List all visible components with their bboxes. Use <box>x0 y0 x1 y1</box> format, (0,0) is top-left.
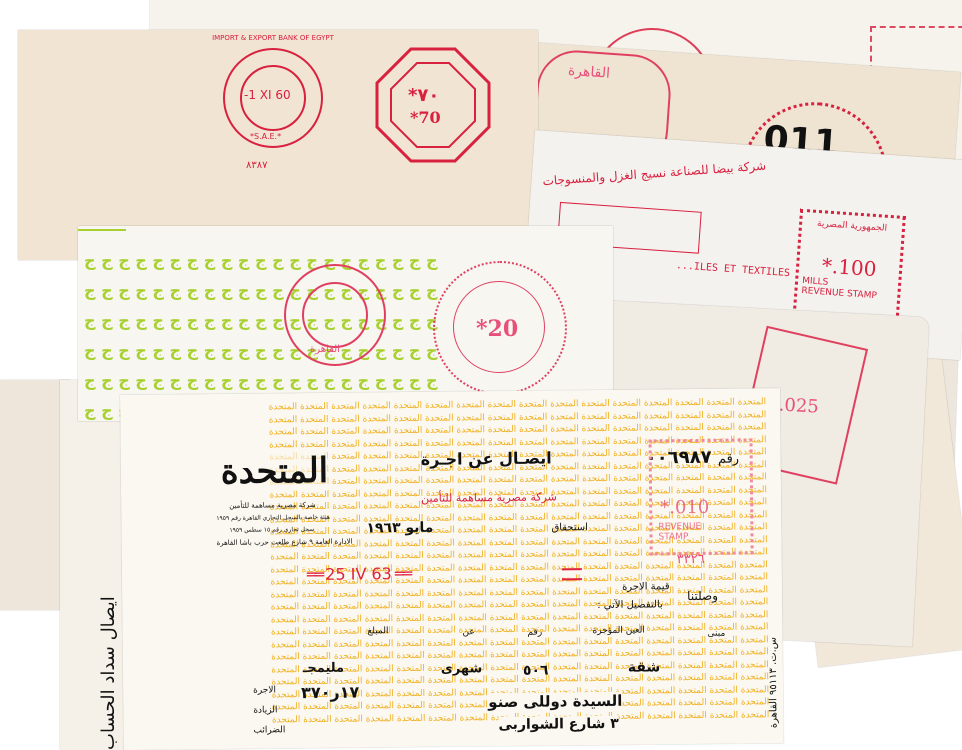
bank-stamp-date: -1 XI 60 <box>244 88 291 102</box>
date-stamp: ══ 25 IV 63 ══ <box>307 564 410 584</box>
due-value: مايو ١٩٦٣ <box>366 520 433 537</box>
textile-company-fr: ...ILES ET TEXTILES <box>675 260 790 279</box>
col-building: مبنى <box>707 629 725 639</box>
row-number: ٥٠٦ <box>523 663 549 679</box>
col-number: رقم <box>527 628 542 638</box>
tenant-name: السيدة دوللى صنو <box>488 692 622 711</box>
company-address: الادارة العامة ٩ شارع طلعت حرب باشا القا… <box>217 538 353 547</box>
green-stamp-city: القاهرة <box>310 344 340 355</box>
tenant-address: ٣ شارع الشواربى <box>498 716 618 733</box>
col-unit: العين المؤجرة <box>592 626 644 637</box>
revenue-serial: ٣٣٢٦ <box>677 552 705 567</box>
green-stamp-value: *20 <box>476 316 518 342</box>
bank-stamp-sae: *S.A.E.* <box>250 132 281 141</box>
breakdown-rent: الاجرة <box>253 685 276 695</box>
receipt-rent: المتحدة المتحدة المتحدة المتحدة المتحدة … <box>120 388 784 750</box>
textile-company-ar: شركة بيضا للصناعة نسيج الغزل والمنسوجات <box>542 159 766 189</box>
left-strip-title: ايصال سداد الحساب <box>98 596 119 750</box>
details-label: بالتفصيل الآتي : <box>597 599 663 611</box>
col-period: عن <box>462 627 474 637</box>
date-stamp-value: 25 IV 63 <box>325 564 392 584</box>
receipt-title: ايصـال عن اجـرة <box>421 448 552 468</box>
company-reg-2: سجل تجاري رقم ١٥ سطس ١٩٥٩ <box>229 526 314 534</box>
company-logo: المتحدة <box>221 451 329 492</box>
row-unit: شقة <box>628 659 661 675</box>
printer-info: س.ت. ٩٥١١٣ القاهرة <box>768 637 780 728</box>
row-currency: مليمجـ <box>303 661 344 676</box>
bank-serial: ٨٣٨٧ <box>246 160 267 171</box>
octagon-value-ar: *٧٠ <box>408 85 439 106</box>
breakdown-increase: الزيادة <box>253 705 277 715</box>
breakdown-taxes: الضرائب <box>253 725 285 735</box>
due-label: استحقاق <box>551 522 588 533</box>
revenue-stamp-label: REVENUE STAMP <box>658 522 718 543</box>
revenue-stamp: *.010 REVENUE STAMP <box>648 438 753 555</box>
rent-value-label: قيمة الاجرة <box>622 581 670 592</box>
stamp-header: الجمهورية المصرية <box>802 218 902 235</box>
row-period: شهرى <box>441 661 483 676</box>
revenue-stamp-value: *.010 <box>660 497 709 519</box>
bank-stamp-name: IMPORT & EXPORT BANK OF EGYPT <box>208 34 338 42</box>
col-amount: المبلغ <box>367 626 388 636</box>
received-label: وصلتنا <box>687 589 718 603</box>
octagon-value: *70 <box>410 108 441 127</box>
row-amount: ١٧ر٣٧٠ <box>301 683 359 703</box>
cairo-stamp-city: القاهرة <box>567 63 610 82</box>
receipt-company: شركة مصرية مساهمة للتأمين <box>421 490 557 504</box>
company-sub: شركة مصرية مساهمة للتأمين <box>229 501 315 510</box>
company-reg-1: هيئة خاصة بالسجل التجاري القاهرة رقم ١٩٥… <box>216 514 330 522</box>
